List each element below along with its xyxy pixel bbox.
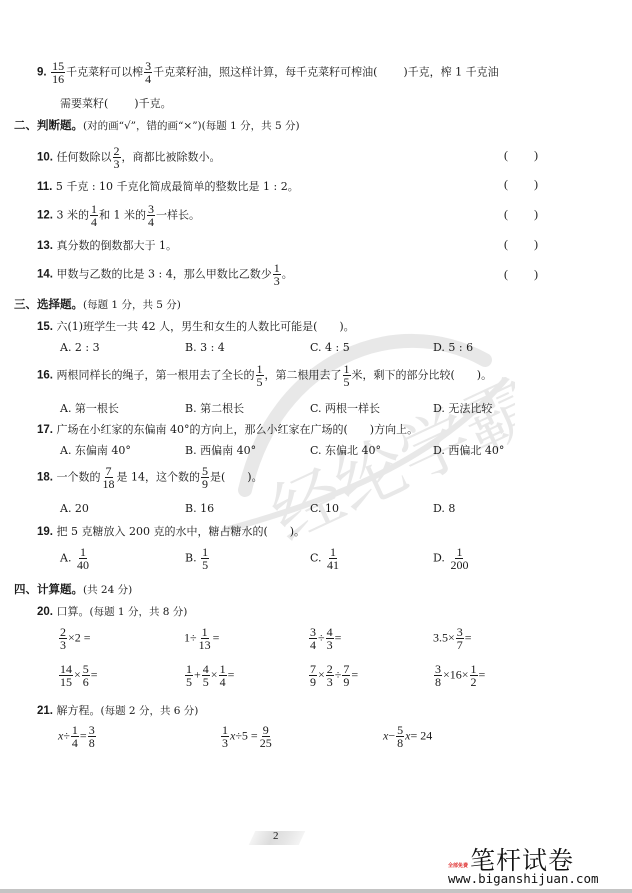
fraction: 1516 xyxy=(51,60,65,85)
denominator: 41 xyxy=(326,559,340,571)
denominator: 4 xyxy=(309,639,317,651)
expression-tail: = xyxy=(465,630,472,644)
oral-calc-7: 79×23÷79= xyxy=(308,663,358,688)
expression-lead: 1÷ xyxy=(184,630,197,644)
oral-calc-2: 1÷113= xyxy=(184,626,219,651)
oral-calc-5: 1415×56= xyxy=(58,663,98,688)
question-number: 10. xyxy=(37,152,53,164)
oral-calc-3: 34÷43= xyxy=(308,626,341,651)
option-label: A. xyxy=(60,552,71,565)
question-16: 16. 两根同样长的绳子，第一根用去了全长的15，第二根用去了15米，剩下的部分… xyxy=(37,363,492,388)
section-calc-header: 四、计算题。(共 24 分) xyxy=(14,581,132,597)
equation-1: x÷14=38 xyxy=(58,724,97,749)
denominator: 18 xyxy=(102,478,116,490)
denominator: 3 xyxy=(273,275,281,287)
question-number: 12. xyxy=(37,210,53,222)
denominator: 8 xyxy=(434,676,442,688)
question-number: 19. xyxy=(37,526,53,538)
fraction: 1200 xyxy=(449,546,469,571)
option-label: D. xyxy=(433,552,445,565)
option-label: B. xyxy=(185,552,197,565)
option-b[interactable]: B. 西偏南 40° xyxy=(185,442,256,458)
fraction: 15 xyxy=(343,363,351,388)
expression-tail: = xyxy=(213,630,220,644)
section-judgment-header: 二、判断题。(对的画“√”，错的画“×”)(每题 1 分，共 5 分) xyxy=(14,117,300,133)
denominator: 7 xyxy=(456,639,464,651)
option-d[interactable]: D. 5 : 6 xyxy=(433,341,473,354)
divide-sign: ÷ xyxy=(318,630,325,644)
denominator: 4 xyxy=(144,73,152,85)
paren-open: ( xyxy=(504,267,508,281)
section-note: (每题 1 分，共 5 分) xyxy=(83,299,181,311)
paren-close: ) xyxy=(534,267,538,281)
paren-close: ) xyxy=(534,237,538,251)
paren-open: ( xyxy=(504,207,508,221)
option-c[interactable]: C. 东偏北 40° xyxy=(310,442,381,458)
question-9: 9. 1516千克菜籽可以榨34千克菜籽油，照这样计算，每千克菜籽可榨油()千克… xyxy=(37,60,499,85)
question-text: )千克，榨 1 千克油 xyxy=(403,66,498,79)
question-text: 甲数与乙数的比是 3 : 4，那么甲数比乙数少 xyxy=(57,268,272,281)
expression-tail: = xyxy=(335,630,342,644)
paren-open: ( xyxy=(504,177,508,191)
expression-tail: = xyxy=(351,667,358,681)
paren-close: ) xyxy=(534,177,538,191)
denominator: 15 xyxy=(59,676,73,688)
option-c[interactable]: C. 两根一样长 xyxy=(310,400,380,416)
denominator: 200 xyxy=(449,559,469,571)
fraction: 15 xyxy=(201,546,209,571)
times-sign: × xyxy=(74,667,81,681)
option-d[interactable]: D. 无法比较 xyxy=(433,400,492,416)
option-a[interactable]: A. 东偏南 40° xyxy=(60,442,131,458)
divide-sign: ÷ xyxy=(335,667,342,681)
denominator: 4 xyxy=(147,216,155,228)
option-d[interactable]: D. 西偏北 40° xyxy=(433,442,504,458)
question-text: 米，剩下的部分比较( )。 xyxy=(352,369,493,382)
question-number: 20. xyxy=(37,606,53,618)
oral-calc-1: 23×2 = xyxy=(58,626,91,651)
brand-url[interactable]: www.biganshijuan.com xyxy=(448,871,599,886)
fraction: 34 xyxy=(144,60,152,85)
expression-mid: ÷5 = xyxy=(235,728,257,742)
question-text: 需要菜籽( xyxy=(60,97,108,110)
oral-calc-8: 38×16×12= xyxy=(433,663,485,688)
expression-tail: = xyxy=(228,667,235,681)
option-c[interactable]: C. 141 xyxy=(310,546,341,571)
fraction: 718 xyxy=(102,465,116,490)
question-text: 把 5 克糖放入 200 克的水中，糖占糖水的( )。 xyxy=(57,525,306,538)
question-17: 17. 广场在小红家的东偏南 40°的方向上，那么小红家在广场的( )方向上。 xyxy=(37,421,418,437)
denominator: 5 xyxy=(256,376,264,388)
denominator: 5 xyxy=(202,676,210,688)
question-number: 11. xyxy=(37,181,52,193)
question-13: 13. 真分数的倒数都大于 1。 xyxy=(37,237,177,253)
denominator: 8 xyxy=(396,737,404,749)
question-text: 。 xyxy=(282,268,293,281)
question-20: 20. 口算。(每题 1 分，共 8 分) xyxy=(37,603,187,619)
question-text: 口算。 xyxy=(57,605,90,618)
paren-close: ) xyxy=(534,207,538,221)
expression-tail: ×2 = xyxy=(68,630,91,644)
answer-box-13[interactable]: () xyxy=(504,237,538,252)
question-text: 3 米的 xyxy=(57,209,90,222)
times-sign: × xyxy=(318,667,325,681)
bottom-bar xyxy=(0,889,632,893)
equation-3: x−58x= 24 xyxy=(383,724,432,749)
denominator: 8 xyxy=(88,737,96,749)
option-b[interactable]: B. 3 : 4 xyxy=(185,341,225,354)
oral-calc-6: 15+45×14= xyxy=(184,663,234,688)
denominator: 13 xyxy=(198,639,212,651)
question-text: 解方程。 xyxy=(57,704,101,717)
expression-lead: 3.5× xyxy=(433,630,455,644)
question-number: 14. xyxy=(37,269,53,281)
question-text: ，商都比被除数小。 xyxy=(122,151,221,164)
denominator: 5 xyxy=(343,376,351,388)
denominator: 9 xyxy=(309,676,317,688)
denominator: 2 xyxy=(470,676,478,688)
fraction: 13 xyxy=(273,262,281,287)
question-text: 千克菜籽油，照这样计算，每千克菜籽可榨油( xyxy=(153,66,377,79)
equation-2: 13x÷5 =925 xyxy=(220,724,274,749)
fraction: 23 xyxy=(113,145,121,170)
plus-sign: + xyxy=(194,667,201,681)
question-text: 任何数除以 xyxy=(57,151,112,164)
times-sign: × xyxy=(211,667,218,681)
divide-sign: ÷ xyxy=(63,728,70,742)
question-text: 一个数的 xyxy=(57,471,101,484)
question-number: 9. xyxy=(37,67,47,79)
fraction: 59 xyxy=(201,465,209,490)
question-text: 一样长。 xyxy=(156,209,200,222)
option-b[interactable]: B. 15 xyxy=(185,546,210,571)
denominator: 3 xyxy=(326,676,334,688)
fraction: 34 xyxy=(147,203,155,228)
option-label: C. xyxy=(310,552,322,565)
question-number: 21. xyxy=(37,705,53,717)
question-text: 六(1)班学生一共 42 人，男生和女生的人数比可能是( )。 xyxy=(57,320,355,333)
option-b[interactable]: B. 第二根长 xyxy=(185,400,244,416)
question-9-line2: 需要菜籽()千克。 xyxy=(60,95,172,111)
question-11: 11. 5 千克 : 10 千克化简成最简单的整数比是 1 : 2。 xyxy=(37,178,299,194)
section-title: 四、计算题。 xyxy=(14,582,83,596)
denominator: 4 xyxy=(219,676,227,688)
question-text: 5 千克 : 10 千克化简成最简单的整数比是 1 : 2。 xyxy=(56,180,299,193)
question-15: 15. 六(1)班学生一共 42 人，男生和女生的人数比可能是( )。 xyxy=(37,318,355,334)
fraction: 14 xyxy=(90,203,98,228)
minus-sign: − xyxy=(388,728,395,742)
fraction: 140 xyxy=(76,546,90,571)
answer-box-10[interactable]: () xyxy=(504,148,538,163)
option-a[interactable]: A. 2 : 3 xyxy=(60,341,100,354)
denominator: 9 xyxy=(201,478,209,490)
denominator: 25 xyxy=(259,737,273,749)
denominator: 3 xyxy=(113,158,121,170)
option-d[interactable]: D. 8 xyxy=(433,502,455,515)
question-number: 15. xyxy=(37,321,53,333)
expression-tail: = xyxy=(479,667,486,681)
denominator: 3 xyxy=(59,639,67,651)
section-note: (对的画“√”，错的画“×”)(每题 1 分，共 5 分) xyxy=(83,120,300,132)
option-b[interactable]: B. 16 xyxy=(185,502,214,515)
denominator: 16 xyxy=(51,73,65,85)
expression-tail: = xyxy=(91,667,98,681)
question-19: 19. 把 5 克糖放入 200 克的水中，糖占糖水的( )。 xyxy=(37,523,305,539)
question-note: (每题 2 分，共 6 分) xyxy=(101,705,199,717)
denominator: 3 xyxy=(221,737,229,749)
expression-tail: = 24 xyxy=(410,728,432,742)
denominator: 40 xyxy=(76,559,90,571)
option-c[interactable]: C. 10 xyxy=(310,502,339,515)
question-note: (每题 1 分，共 8 分) xyxy=(90,606,188,618)
question-number: 18. xyxy=(37,472,53,484)
denominator: 4 xyxy=(71,737,79,749)
section-choice-header: 三、选择题。(每题 1 分，共 5 分) xyxy=(14,296,181,312)
fraction: 15 xyxy=(256,363,264,388)
brand-tag: 全部免费 xyxy=(448,862,468,869)
question-18: 18. 一个数的718是 14，这个数的59是( )。 xyxy=(37,465,263,490)
question-number: 16. xyxy=(37,370,53,382)
oral-calc-4: 3.5×37= xyxy=(433,626,472,651)
question-text: 是( )。 xyxy=(210,471,263,484)
answer-box-12[interactable]: () xyxy=(504,207,538,222)
question-text: 是 14，这个数的 xyxy=(117,471,201,484)
question-number: 13. xyxy=(37,240,53,252)
equals-sign: = xyxy=(80,728,87,742)
paren-close: ) xyxy=(534,148,538,162)
denominator: 5 xyxy=(185,676,193,688)
section-title: 三、选择题。 xyxy=(14,297,83,311)
question-14: 14. 甲数与乙数的比是 3 : 4，那么甲数比乙数少13。 xyxy=(37,262,293,287)
denominator: 4 xyxy=(90,216,98,228)
option-c[interactable]: C. 4 : 5 xyxy=(310,341,350,354)
question-text: ，第二根用去了 xyxy=(265,369,342,382)
question-10: 10. 任何数除以23，商都比被除数小。 xyxy=(37,145,221,170)
question-12: 12. 3 米的14和 1 米的34一样长。 xyxy=(37,203,200,228)
question-text: 两根同样长的绳子，第一根用去了全长的 xyxy=(57,369,255,382)
section-title: 二、判断题。 xyxy=(14,118,83,132)
question-text: )千克。 xyxy=(134,97,171,110)
option-d[interactable]: D. 1200 xyxy=(433,546,470,571)
denominator: 6 xyxy=(82,676,90,688)
question-21: 21. 解方程。(每题 2 分，共 6 分) xyxy=(37,702,198,718)
option-a[interactable]: A. 第一根长 xyxy=(60,400,119,416)
paren-open: ( xyxy=(504,237,508,251)
fraction: 141 xyxy=(326,546,340,571)
question-text: 和 1 米的 xyxy=(99,209,146,222)
answer-box-14[interactable]: () xyxy=(504,267,538,282)
denominator: 9 xyxy=(342,676,350,688)
question-text: 广场在小红家的东偏南 40°的方向上，那么小红家在广场的( )方向上。 xyxy=(57,423,419,436)
question-text: 真分数的倒数都大于 1。 xyxy=(57,239,178,252)
question-text: 千克菜籽可以榨 xyxy=(66,66,143,79)
answer-box-11[interactable]: () xyxy=(504,177,538,192)
page-number: 2 xyxy=(273,830,279,842)
section-note: (共 24 分) xyxy=(83,584,132,596)
expression-mid: ×16× xyxy=(443,667,469,681)
option-a[interactable]: A. 20 xyxy=(60,502,89,515)
paren-open: ( xyxy=(504,148,508,162)
denominator: 3 xyxy=(326,639,334,651)
denominator: 5 xyxy=(201,559,209,571)
question-number: 17. xyxy=(37,424,53,436)
option-a[interactable]: A. 140 xyxy=(60,546,91,571)
